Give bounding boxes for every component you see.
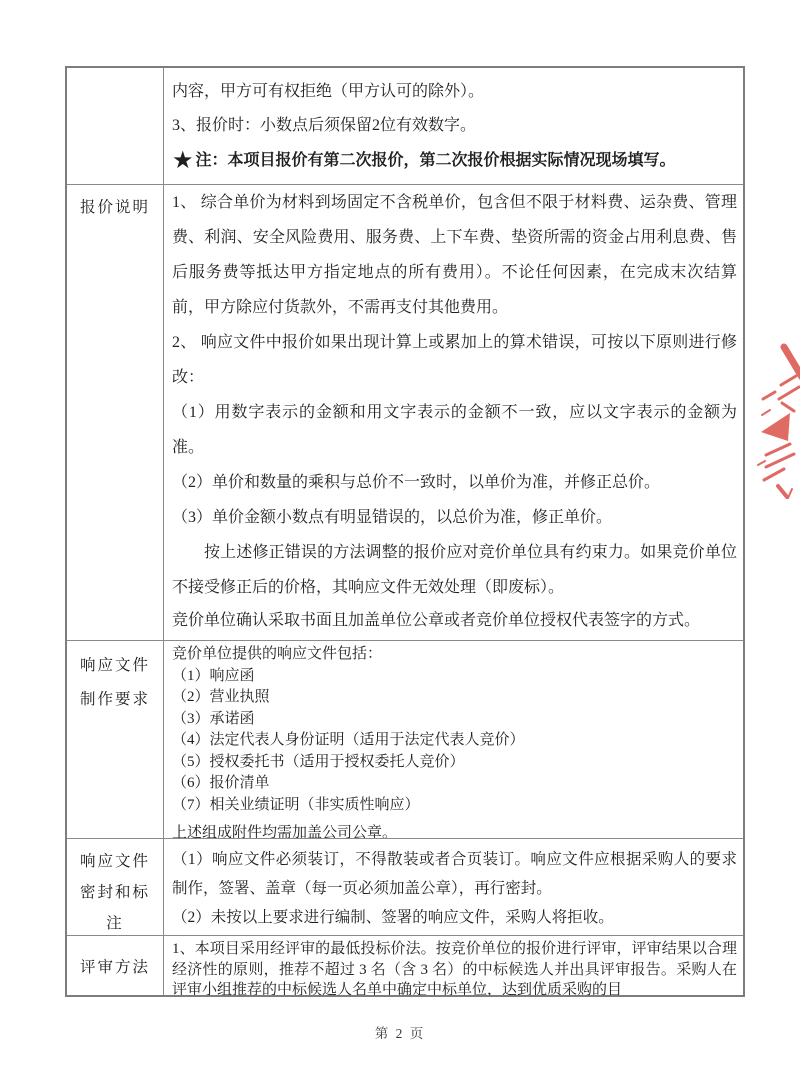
table-row-review-method: 评审方法 1、本项目采用经评审的最低投标价法。按竞价单位的报价进行评审，评审结果… bbox=[67, 936, 743, 995]
paragraph: 2、 响应文件中报价如果出现计算上或累加上的算术错误，可按以下原则进行修改： bbox=[172, 325, 737, 395]
list-item: （2）营业执照 bbox=[172, 687, 737, 709]
star-icon: ★ bbox=[172, 148, 194, 174]
row-content: 竞价单位提供的响应文件包括： （1）响应函 （2）营业执照 （3）承诺函 （4）… bbox=[164, 641, 743, 838]
document-page: 内容，甲方可有权拒绝（甲方认可的除外）。 3、报价时：小数点后须保留2位有效数字… bbox=[0, 0, 800, 1066]
row-label: 评审方法 bbox=[67, 936, 164, 995]
row-content: 1、本项目采用经评审的最低投标价法。按竞价单位的报价进行评审，评审结果以合理经济… bbox=[164, 936, 743, 995]
paragraph: 1、 综合单价为材料到场固定不含税单价，包含但不限于材料费、运杂费、管理费、利润… bbox=[172, 185, 737, 325]
table-row-continuation: 内容，甲方可有权拒绝（甲方认可的除外）。 3、报价时：小数点后须保留2位有效数字… bbox=[67, 68, 743, 185]
paragraph: （2）单价和数量的乘积与总价不一致时，以单价为准，并修正总价。 bbox=[172, 465, 737, 500]
table-row-sealing-marking: 响应文件 密封和标 注 （1）响应文件必须装订，不得散装或者合页装订。响应文件应… bbox=[67, 839, 743, 936]
table-row-response-doc-requirements: 响应文件 制作要求 竞价单位提供的响应文件包括： （1）响应函 （2）营业执照 … bbox=[67, 641, 743, 839]
red-seal-stamp bbox=[748, 340, 800, 505]
list-item: （7）相关业绩证明（非实质性响应） bbox=[172, 795, 737, 817]
list-item: （4）法定代表人身份证明（适用于法定代表人竞价） bbox=[172, 730, 737, 752]
list-intro: 竞价单位提供的响应文件包括： bbox=[172, 644, 737, 666]
row-label: 报价说明 bbox=[67, 185, 164, 640]
paragraph: 按上述修正错误的方法调整的报价应对竞价单位具有约束力。如果竞价单位不接受修正后的… bbox=[172, 535, 737, 605]
bid-terms-table: 内容，甲方可有权拒绝（甲方认可的除外）。 3、报价时：小数点后须保留2位有效数字… bbox=[65, 66, 745, 997]
row-label-line: 制作要求 bbox=[67, 683, 163, 717]
table-row-quote-notes: 报价说明 1、 综合单价为材料到场固定不含税单价，包含但不限于材料费、运杂费、管… bbox=[67, 185, 743, 641]
paragraph: 1、本项目采用经评审的最低投标价法。按竞价单位的报价进行评审，评审结果以合理经济… bbox=[172, 939, 737, 995]
note-text: 注：本项目报价有第二次报价，第二次报价根据实际情况现场填写。 bbox=[196, 148, 676, 174]
list-item: （1）响应函 bbox=[172, 666, 737, 688]
paragraph: （1）用数字表示的金额和用文字表示的金额不一致，应以文字表示的金额为准。 bbox=[172, 395, 737, 465]
row-label-empty bbox=[67, 68, 164, 184]
paragraph: 3、报价时：小数点后须保留2位有效数字。 bbox=[172, 114, 737, 138]
row-content: 1、 综合单价为材料到场固定不含税单价，包含但不限于材料费、运杂费、管理费、利润… bbox=[164, 185, 743, 640]
note-line: ★ 注：本项目报价有第二次报价，第二次报价根据实际情况现场填写。 bbox=[172, 148, 737, 174]
row-label: 响应文件 密封和标 注 bbox=[67, 839, 164, 935]
list-item: （3）承诺函 bbox=[172, 709, 737, 731]
row-label-line: 响应文件 bbox=[67, 649, 163, 683]
list-item: （5）授权委托书（适用于授权委托人竞价） bbox=[172, 752, 737, 774]
paragraph: （1）响应文件必须装订，不得散装或者合页装订。响应文件应根据采购人的要求制作，签… bbox=[172, 845, 737, 903]
row-label-line: 响应文件 bbox=[67, 846, 163, 877]
row-content: （1）响应文件必须装订，不得散装或者合页装订。响应文件应根据采购人的要求制作，签… bbox=[164, 839, 743, 935]
list-item: （6）报价清单 bbox=[172, 773, 737, 795]
list-outro: 上述组成附件均需加盖公司公章。 bbox=[172, 823, 737, 838]
paragraph: 内容，甲方可有权拒绝（甲方认可的除外）。 bbox=[172, 80, 737, 104]
page-number: 第 2 页 bbox=[0, 1022, 800, 1042]
paragraph: （2）未按以上要求进行编制、签署的响应文件，采购人将拒收。 bbox=[172, 903, 737, 932]
row-label-line: 注 bbox=[67, 908, 163, 936]
row-label: 响应文件 制作要求 bbox=[67, 641, 164, 838]
paragraph: （3）单价金额小数点有明显错误的，以总价为准，修正单价。 bbox=[172, 500, 737, 535]
row-label-text: 评审方法 bbox=[80, 955, 150, 977]
paragraph: 竞价单位确认采取书面且加盖单位公章或者竞价单位授权代表签字的方式。 bbox=[172, 605, 737, 637]
row-content: 内容，甲方可有权拒绝（甲方认可的除外）。 3、报价时：小数点后须保留2位有效数字… bbox=[164, 68, 743, 184]
row-label-line: 密封和标 bbox=[67, 877, 163, 908]
